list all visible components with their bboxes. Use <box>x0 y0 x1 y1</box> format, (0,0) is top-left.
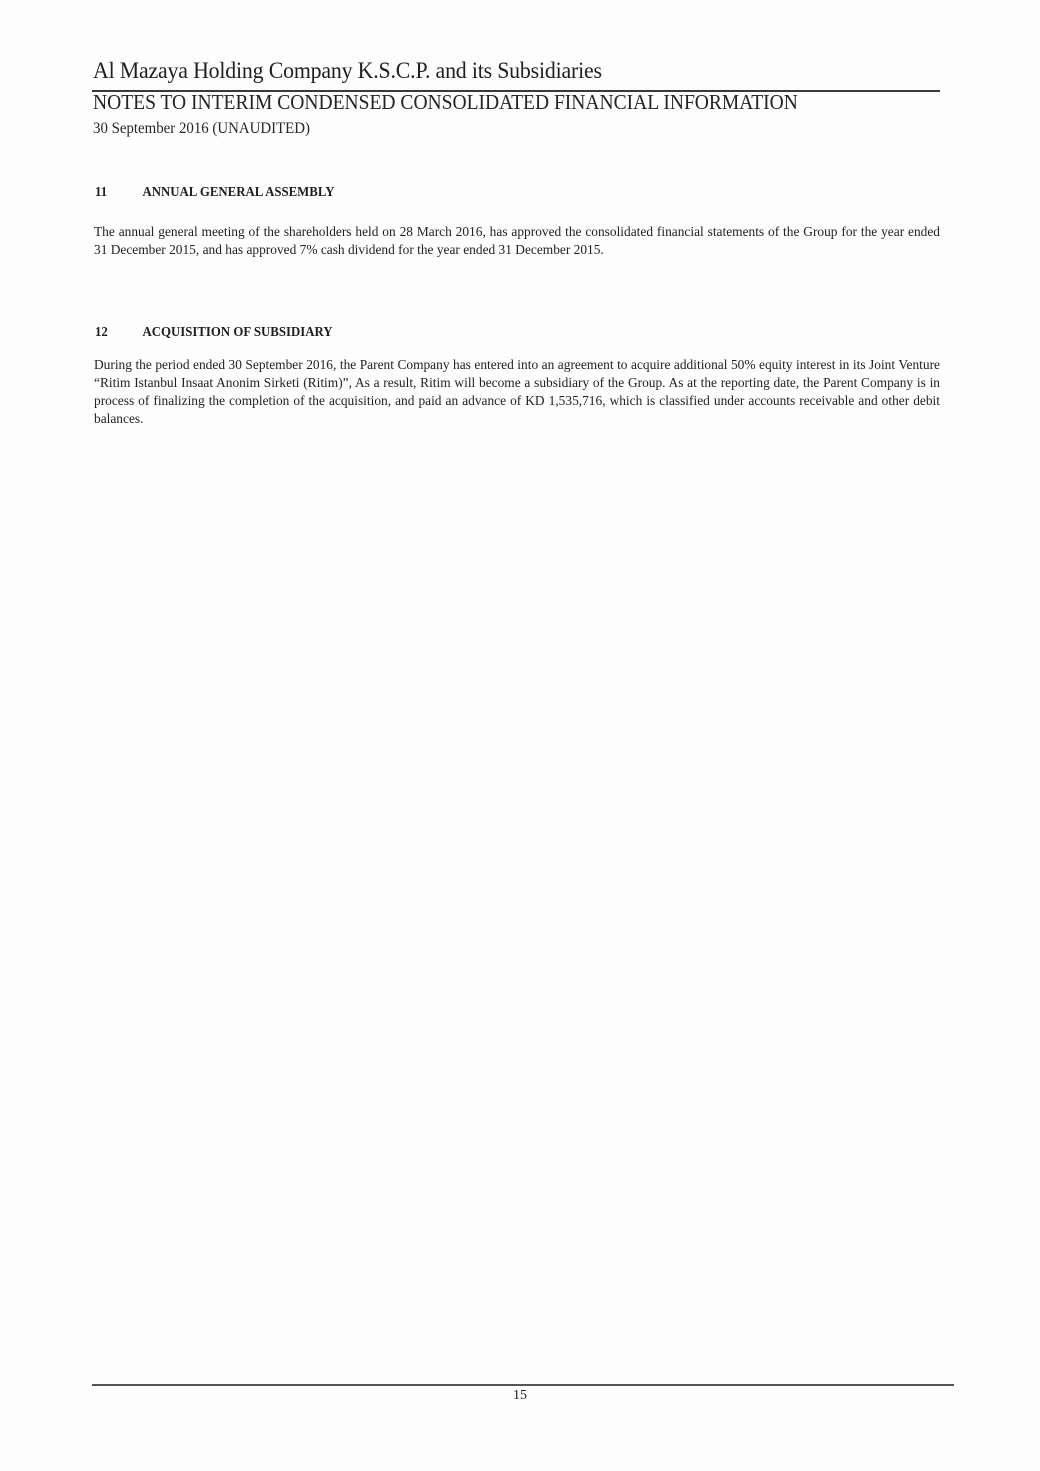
section-number: 12 <box>95 324 143 340</box>
document-page: Al Mazaya Holding Company K.S.C.P. and i… <box>0 0 1040 1471</box>
section-title: ANNUAL GENERAL ASSEMBLY <box>143 184 335 200</box>
section-title: ACQUISITION OF SUBSIDIARY <box>143 324 333 340</box>
section-body-acquisition-of-subsidiary: During the period ended 30 September 201… <box>94 356 940 428</box>
section-number: 11 <box>95 184 143 200</box>
period-line: 30 September 2016 (UNAUDITED) <box>93 120 310 138</box>
page-number: 15 <box>0 1388 1040 1404</box>
section-body-annual-general-assembly: The annual general meeting of the shareh… <box>94 223 940 259</box>
notes-title: NOTES TO INTERIM CONDENSED CONSOLIDATED … <box>93 90 798 115</box>
section-heading-annual-general-assembly: 11 ANNUAL GENERAL ASSEMBLY <box>95 184 334 200</box>
company-title: Al Mazaya Holding Company K.S.C.P. and i… <box>93 58 602 85</box>
section-heading-acquisition-of-subsidiary: 12 ACQUISITION OF SUBSIDIARY <box>95 324 333 340</box>
footer-divider <box>92 1384 954 1386</box>
